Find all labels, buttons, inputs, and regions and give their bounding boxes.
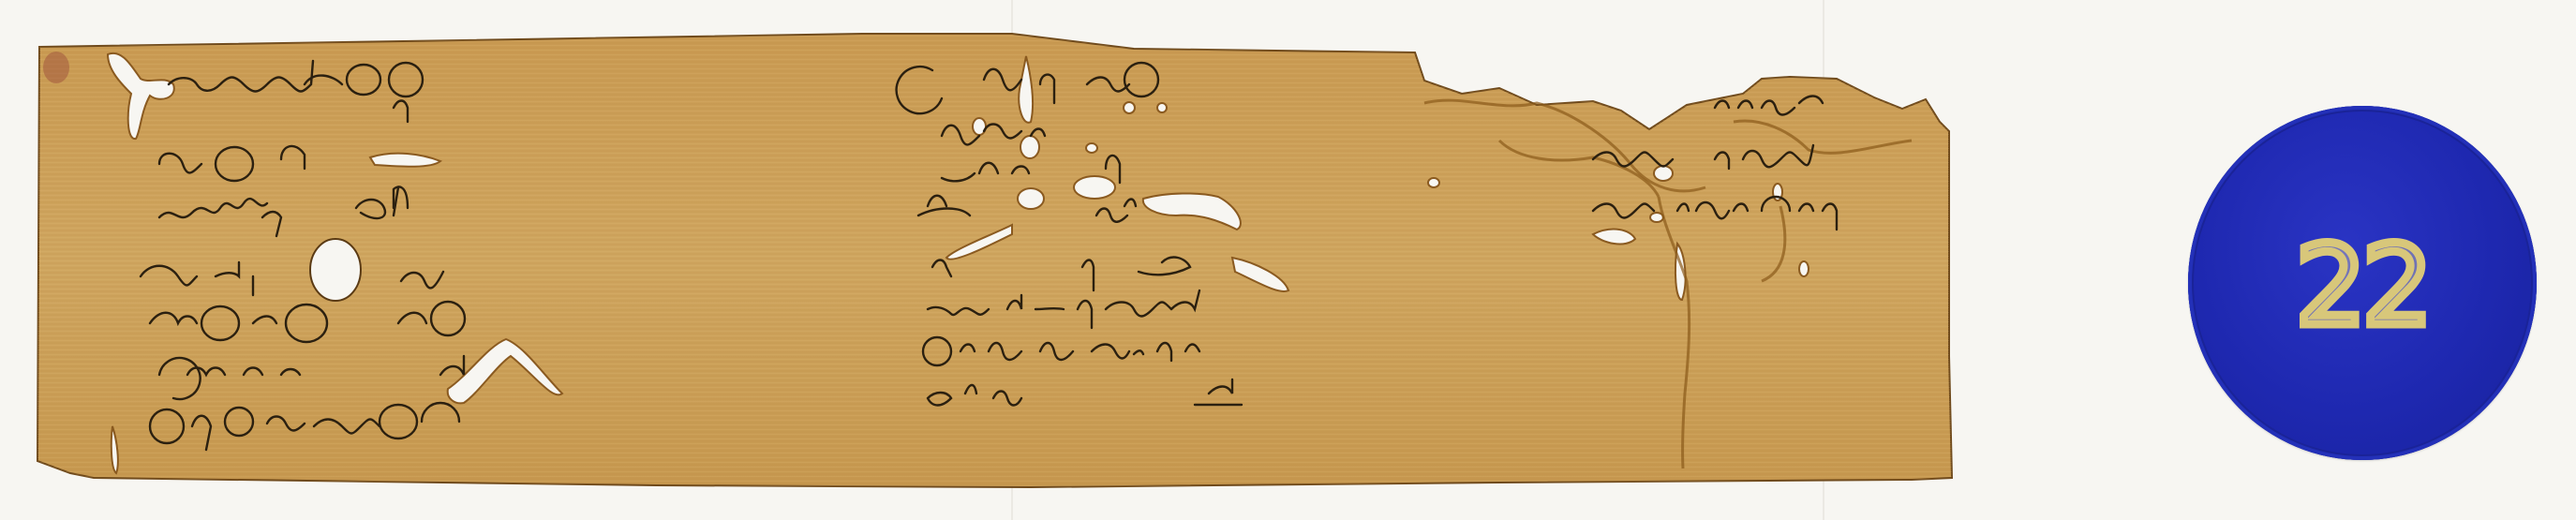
token-number: 22 xyxy=(2296,230,2429,341)
number-token: 22 xyxy=(2188,106,2537,460)
string-hole xyxy=(310,239,361,301)
